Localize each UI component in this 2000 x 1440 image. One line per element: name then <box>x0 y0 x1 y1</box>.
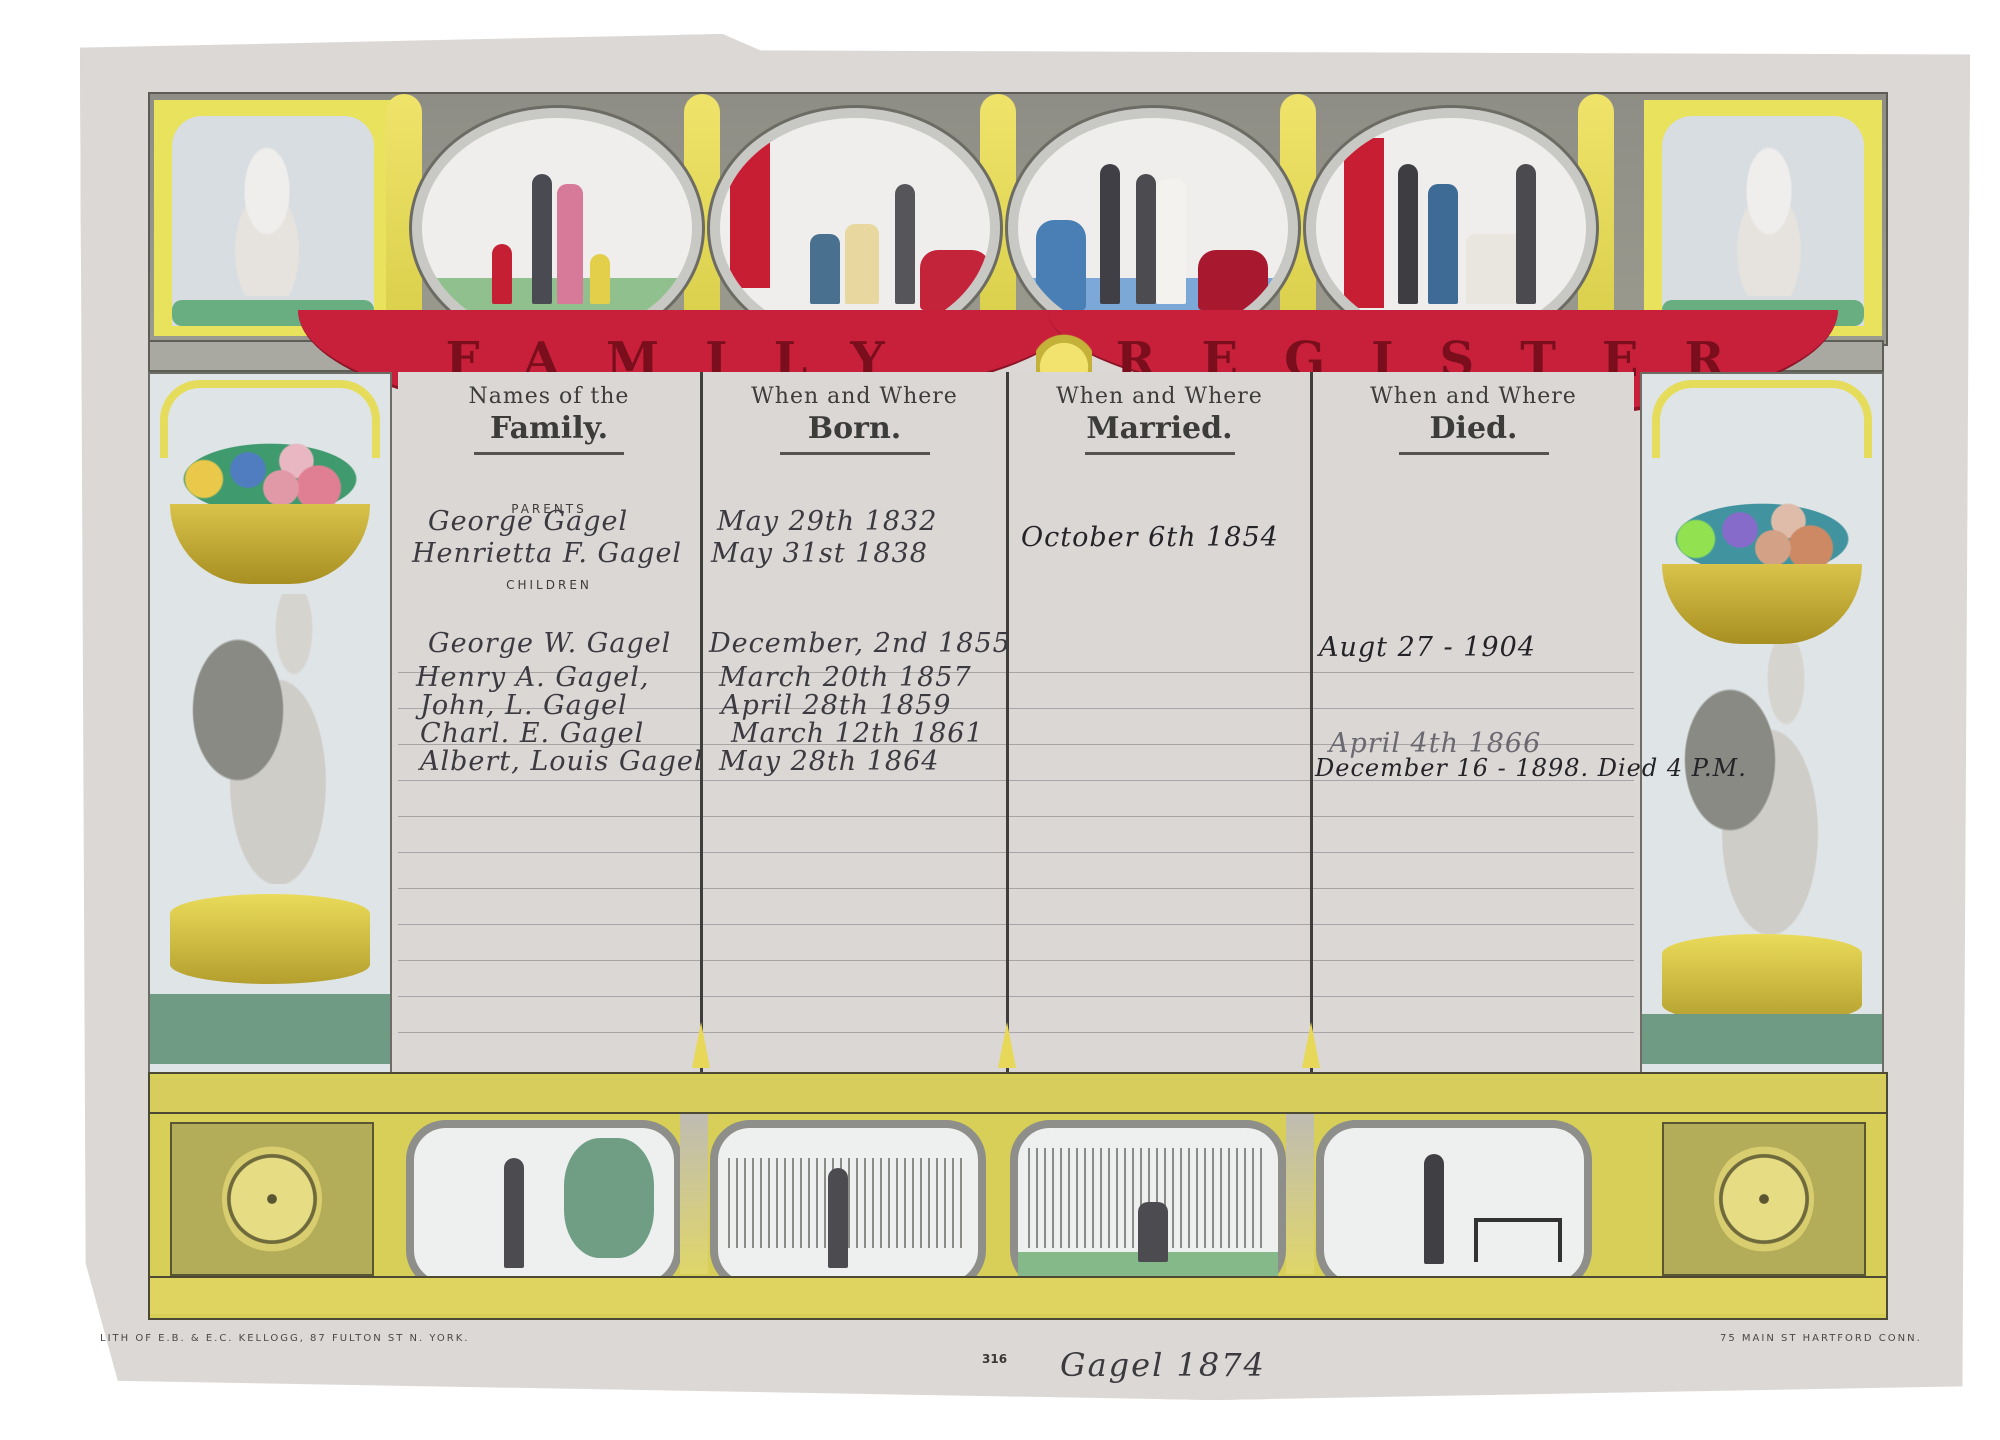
marriage-date: October 6th 1854 <box>1021 522 1279 553</box>
column-heading-married: When and Where Married. <box>1009 384 1310 455</box>
child-name: Charl. E. Gagel <box>420 718 644 749</box>
winged-caryatid-icon <box>190 594 350 884</box>
right-caryatid-column <box>1640 372 1884 1076</box>
vignette-reaper <box>710 1120 986 1290</box>
rosette-panel-left <box>170 1122 374 1276</box>
parent-name: George Gagel <box>428 506 628 537</box>
pedestal-icon <box>170 894 370 984</box>
parent-name: Henrietta F. Gagel <box>412 538 682 569</box>
birth-date: March 20th 1857 <box>719 662 972 693</box>
children-label: CHILDREN <box>398 578 700 592</box>
death-date: December 16 - 1898. Died 4 P.M. <box>1315 754 1747 782</box>
vignette-harvester <box>1010 1120 1286 1290</box>
publisher-address-imprint: 75 MAIN ST HARTFORD CONN. <box>1720 1333 1922 1344</box>
column-names: Names of the Family. PARENTS George Gage… <box>398 372 700 1072</box>
column-heading-died: When and Where Died. <box>1313 384 1634 455</box>
column-heading-born: When and Where Born. <box>703 384 1006 455</box>
herm-figure-icon <box>680 1114 708 1274</box>
fence-icon <box>1474 1218 1562 1262</box>
left-caryatid-column <box>148 372 392 1076</box>
death-date: Augt 27 - 1904 <box>1319 632 1536 663</box>
register-frame: FAMILY REGISTER <box>148 92 1884 1322</box>
basket-icon <box>1662 564 1862 644</box>
vignette-winter <box>1316 1120 1592 1290</box>
plinth <box>150 1276 1886 1314</box>
scroll-frieze <box>150 1078 1886 1114</box>
right-cherub-panel <box>1644 100 1882 336</box>
column-married: When and Where Married. October 6th 1854 <box>1009 372 1310 1072</box>
basket-icon <box>170 504 370 584</box>
column-born: When and Where Born. May 29th 1832 May 3… <box>703 372 1006 1072</box>
birth-date: May 31st 1838 <box>711 538 928 569</box>
birth-date: March 12th 1861 <box>731 718 984 749</box>
birth-date: May 28th 1864 <box>719 746 939 777</box>
birth-date: December, 2nd 1855 <box>709 628 1011 659</box>
birth-date: April 28th 1859 <box>721 690 951 721</box>
column-died: When and Where Died. Augt 27 - 1904 Apri… <box>1313 372 1634 1072</box>
plate-number: 316 <box>982 1352 1007 1366</box>
register-table: Names of the Family. PARENTS George Gage… <box>398 372 1634 1072</box>
rosette-panel-right <box>1662 1122 1866 1276</box>
handwritten-margin-annotation: Gagel 1874 <box>1060 1346 1266 1384</box>
birth-date: May 29th 1832 <box>717 506 937 537</box>
pedestal-icon <box>1662 934 1862 1024</box>
herm-figure-icon <box>1286 1114 1314 1274</box>
child-name: George W. Gagel <box>428 628 671 659</box>
vignette-sower <box>406 1120 682 1290</box>
left-cherub-panel <box>154 100 392 336</box>
rosette-icon <box>222 1144 322 1254</box>
lithographer-imprint: LITH OF E.B. & E.C. KELLOGG, 87 FULTON S… <box>100 1333 469 1344</box>
bottom-decorative-band <box>148 1072 1888 1320</box>
cherub-icon <box>212 146 322 296</box>
winged-caryatid-icon <box>1682 644 1842 934</box>
rosette-icon <box>1714 1144 1814 1254</box>
child-name: Albert, Louis Gagel <box>420 746 704 777</box>
cherub-icon <box>1714 146 1824 296</box>
column-heading-names: Names of the Family. <box>398 384 700 455</box>
child-name: John, L. Gagel <box>420 690 628 721</box>
child-name: Henry A. Gagel, <box>416 662 649 693</box>
top-decorative-band <box>148 92 1888 346</box>
